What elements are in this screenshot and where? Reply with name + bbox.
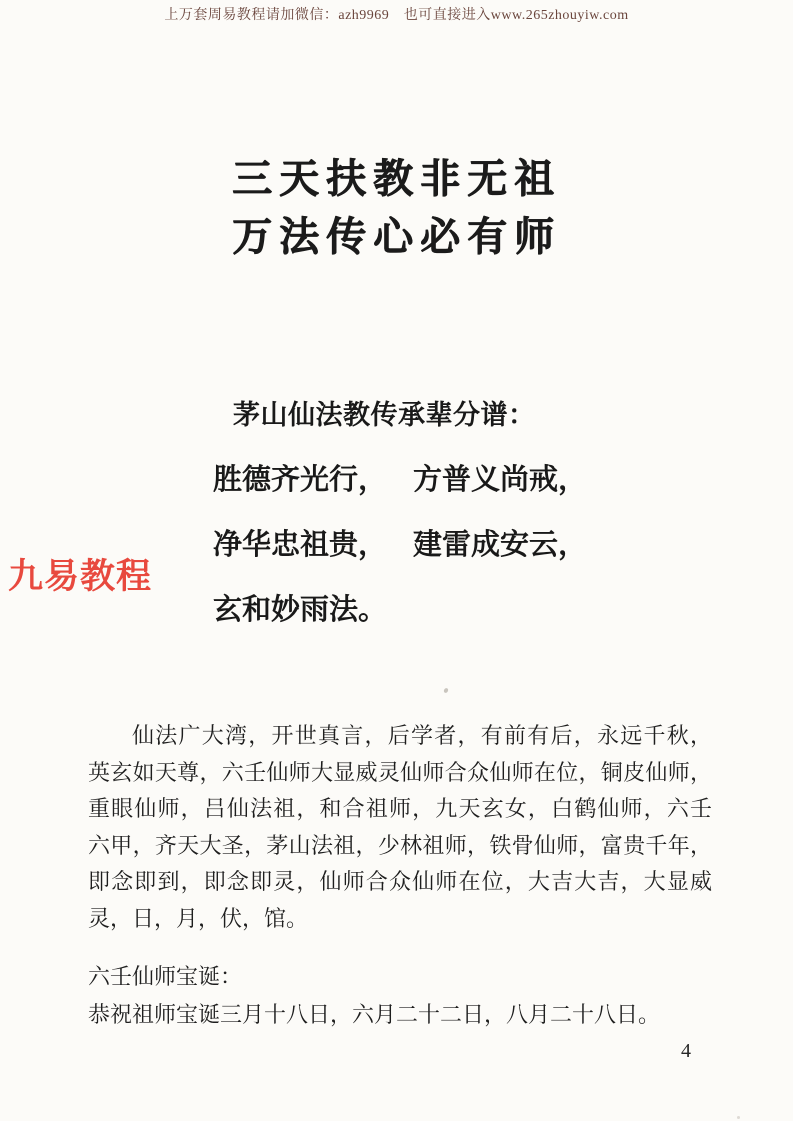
lineage-row-2: 净华忠祖贵，建雷成安云， [213, 528, 587, 562]
title-line-2: 万法传心必有师 [0, 208, 793, 266]
page-number: 4 [681, 1040, 691, 1063]
watermark-text: 九易教程 [8, 549, 152, 599]
lineage-row-1-left: 胜德齐光行， [213, 463, 413, 497]
birthday-section: 六壬仙师宝诞： 恭祝祖师宝诞三月十八日，六月二十二日，八月二十八日。 [88, 958, 728, 1034]
lineage-row-1: 胜德齐光行，方普义尚戒， [213, 463, 587, 497]
lineage-row-2-left: 净华忠祖贵， [213, 528, 413, 562]
body-line-4: 六甲，齐天大圣，茅山法祖，少林祖师，铁骨仙师，富贵千年， [88, 828, 712, 865]
scan-speck [737, 1116, 740, 1119]
lineage-section: 茅山仙法教传承辈分谱： 胜德齐光行，方普义尚戒， 净华忠祖贵，建雷成安云， 玄和… [213, 398, 587, 627]
body-line-5: 即念即到，即念即灵，仙师合众仙师在位，大吉大吉，大显威 [88, 864, 712, 901]
lineage-row-2-right: 建雷成安云， [413, 528, 587, 562]
birthday-line-2: 恭祝祖师宝诞三月十八日，六月二十二日，八月二十八日。 [88, 996, 728, 1034]
title-line-1: 三天扶教非无祖 [0, 150, 793, 208]
promo-banner-text: 上万套周易教程请加微信：azh9969 也可直接进入www.265zhouyiw… [0, 4, 793, 24]
lineage-heading: 茅山仙法教传承辈分谱： [233, 398, 587, 432]
invocation-paragraph: 仙法广大湾，开世真言，后学者，有前有后，永远千秋， 英玄如天尊，六壬仙师大显威灵… [88, 718, 712, 937]
body-line-2: 英玄如天尊，六壬仙师大显威灵仙师合众仙师在位，铜皮仙师， [88, 755, 712, 792]
scan-speck [443, 687, 449, 693]
lineage-row-3-left: 玄和妙雨法。 [213, 593, 413, 627]
lineage-row-3: 玄和妙雨法。 [213, 593, 587, 627]
lineage-row-1-right: 方普义尚戒， [413, 463, 587, 497]
body-line-6: 灵，日，月，伏，馆。 [88, 901, 712, 938]
body-line-3: 重眼仙师，吕仙法祖，和合祖师，九天玄女，白鹤仙师，六壬 [88, 791, 712, 828]
birthday-line-1: 六壬仙师宝诞： [88, 958, 728, 996]
body-line-1: 仙法广大湾，开世真言，后学者，有前有后，永远千秋， [88, 718, 712, 755]
page-title: 三天扶教非无祖 万法传心必有师 [0, 150, 793, 266]
